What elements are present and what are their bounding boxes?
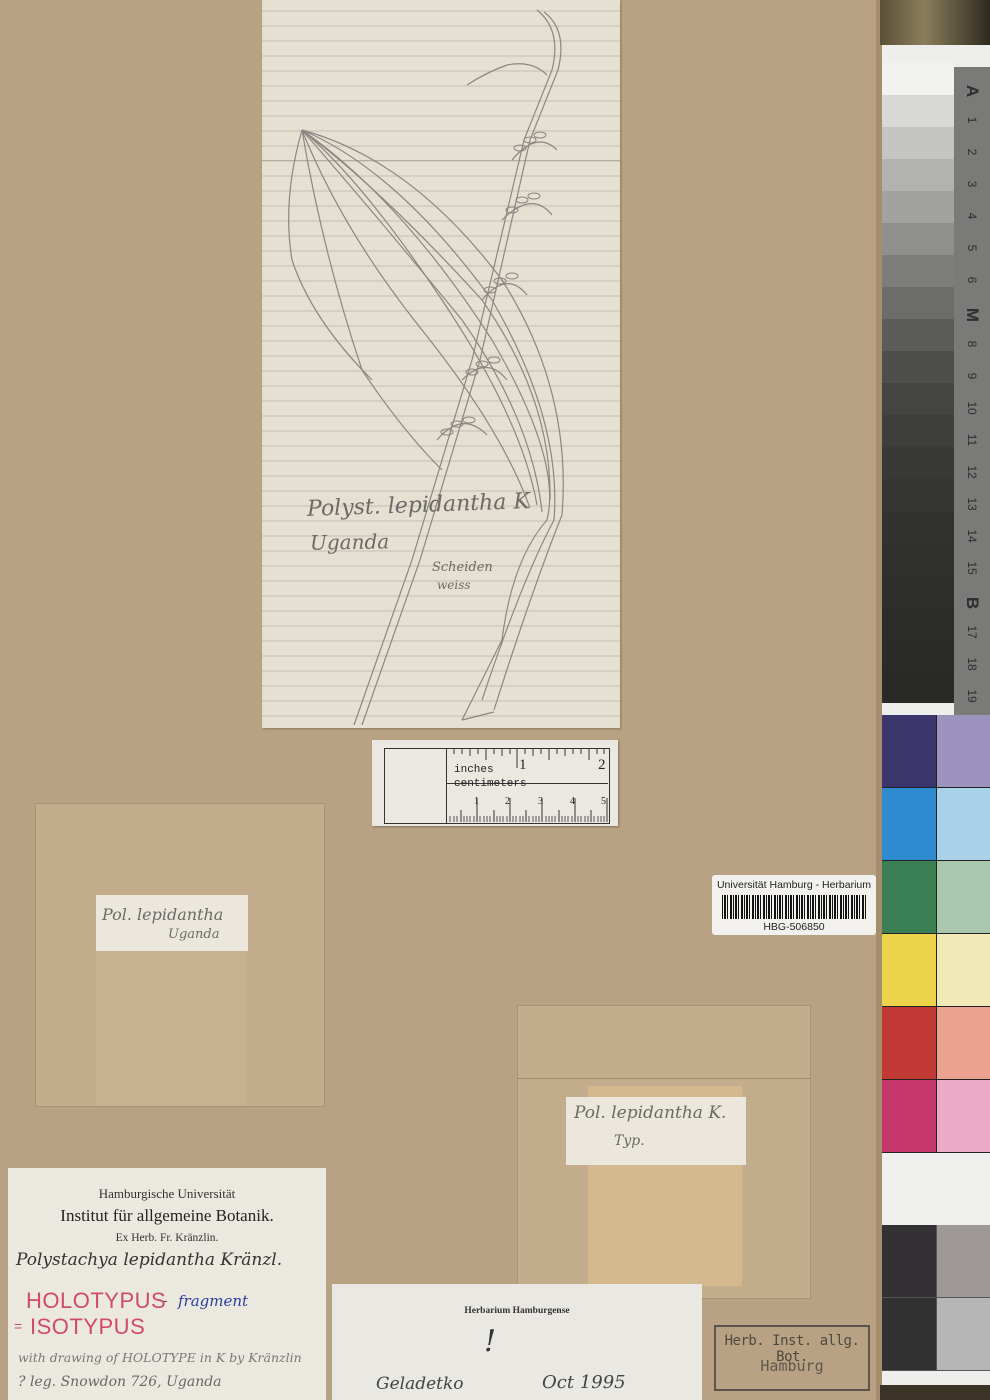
- det-slip-confirmation-mark: !: [484, 1324, 496, 1359]
- stamp-line-2: Hamburg: [716, 1357, 868, 1375]
- barcode-number: HBG-506850: [712, 921, 876, 933]
- envelope-label-taxon: Pol. lepidantha: [102, 905, 223, 924]
- gray-step: [882, 287, 954, 319]
- envelope-label-taxon: Pol. lepidantha K.: [574, 1103, 726, 1123]
- holotype-stamp: HOLOTYPUS: [26, 1288, 166, 1314]
- envelope-fold: [518, 1078, 810, 1079]
- plant-drawing-icon: [262, 0, 620, 728]
- gray-scale-label: 3: [965, 166, 979, 202]
- gray-scale-labels: A123456M89101112131415B171819: [954, 67, 990, 715]
- ruler-inch-tick: 1: [519, 757, 527, 774]
- background-bottom-right: [880, 1385, 990, 1400]
- gray-step: [882, 191, 954, 223]
- institution-stamp: Herb. Inst. allg. Bot. Hamburg: [714, 1325, 870, 1391]
- gray-step: [882, 479, 954, 511]
- drawing-annotation-locality: Uganda: [310, 529, 390, 554]
- barcode-icon: [722, 895, 867, 919]
- color-patch: [937, 861, 990, 933]
- det-slip-date: Oct 1995: [542, 1372, 626, 1393]
- color-patch: [882, 1298, 937, 1370]
- color-patch-row: [882, 1080, 990, 1153]
- det-slip-determiner: Geladetko: [376, 1374, 464, 1394]
- botanical-drawing: Polyst. lepidantha K Uganda Scheiden wei…: [262, 0, 620, 728]
- envelope-label: Pol. lepidantha Uganda: [96, 895, 248, 951]
- gray-step: [882, 383, 954, 415]
- gray-scale-label: 11: [965, 422, 979, 458]
- gray-step: [882, 511, 954, 543]
- gray-scale-label: 12: [965, 454, 979, 490]
- color-patch: [882, 715, 937, 787]
- ruler-cm-tick: 2: [505, 796, 510, 807]
- color-calibration-chart: A123456M89101112131415B171819: [882, 45, 990, 1385]
- color-patch-row: [882, 1007, 990, 1080]
- determination-slip: Herbarium Hamburgense ! Geladetko Oct 19…: [332, 1284, 702, 1400]
- gray-scale-label: 19: [965, 678, 979, 714]
- ruler-centimeters-label: centimeters: [454, 778, 527, 790]
- ruler-inches-label: inches: [454, 764, 494, 776]
- barcode-label: Universität Hamburg - Herbarium HBG-5068…: [712, 875, 876, 935]
- label-taxon-name: Polystachya lepidantha Kränzl.: [16, 1250, 282, 1270]
- color-patch: [882, 1225, 937, 1297]
- background-top-right: [880, 0, 990, 45]
- drawing-annotation-note-1: Scheiden: [432, 560, 493, 575]
- holotype-dash: -: [163, 1292, 168, 1308]
- specimen-envelope-right[interactable]: Pol. lepidantha K. Typ.: [518, 1006, 810, 1298]
- color-patch-row: [882, 715, 990, 788]
- gray-scale-label: 13: [965, 486, 979, 522]
- gray-step: [882, 127, 954, 159]
- color-patch: [937, 715, 990, 787]
- color-patch-row: [882, 934, 990, 1007]
- ruler-cm-tick: 3: [538, 796, 543, 807]
- envelope-flap: [96, 951, 246, 1106]
- envelope-label-locality: Uganda: [168, 927, 219, 942]
- color-patch: [937, 1298, 990, 1370]
- gray-scale-label: 10: [965, 390, 979, 426]
- ruler-cm-tick: 5: [601, 796, 606, 807]
- color-patch: [882, 861, 937, 933]
- gray-scale-label: 15: [965, 550, 979, 586]
- barcode-label-title: Universität Hamburg - Herbarium: [712, 879, 876, 891]
- color-patch-row: [882, 788, 990, 861]
- gray-scale-label: 4: [965, 198, 979, 234]
- color-patch: [882, 1080, 937, 1152]
- gray-step: [882, 63, 954, 95]
- color-patch: [882, 1007, 937, 1079]
- gray-step: [882, 671, 954, 703]
- gray-scale-label: 18: [965, 646, 979, 682]
- ruler-cm-tick: 4: [570, 796, 575, 807]
- gray-step: [882, 95, 954, 127]
- gray-scale-label: 6: [965, 262, 979, 298]
- color-patches: [882, 715, 990, 1371]
- ruler-inch-tick: 2: [598, 757, 606, 774]
- scale-ruler: inches centimeters 1 2 1 2 3 4 5: [372, 740, 618, 826]
- color-patch-row: [882, 1225, 990, 1298]
- gray-step: [882, 575, 954, 607]
- gray-scale-label: 1: [965, 102, 979, 138]
- specimen-envelope-left[interactable]: Pol. lepidantha Uganda: [36, 804, 324, 1106]
- label-note-collector: ? leg. Snowdon 726, Uganda: [18, 1374, 222, 1390]
- color-patch-row: [882, 1298, 990, 1371]
- envelope-label-type: Typ.: [614, 1133, 645, 1149]
- gray-step: [882, 255, 954, 287]
- gray-scale-label: 2: [965, 134, 979, 170]
- color-patch: [937, 934, 990, 1006]
- drawing-annotation-note-2: weiss: [437, 578, 471, 592]
- isotype-equals: =: [14, 1318, 22, 1334]
- gray-scale-label: 9: [965, 358, 979, 394]
- det-slip-header: Herbarium Hamburgense: [332, 1306, 702, 1316]
- gray-scale-label: 14: [965, 518, 979, 554]
- color-patch: [937, 1080, 990, 1152]
- color-patch: [882, 788, 937, 860]
- gray-scale-label: 17: [965, 614, 979, 650]
- color-patch: [937, 1225, 990, 1297]
- color-patch-row: [882, 861, 990, 934]
- color-patch: [937, 1007, 990, 1079]
- envelope-label: Pol. lepidantha K. Typ.: [566, 1097, 746, 1165]
- gray-step: [882, 223, 954, 255]
- holotype-fragment-note: fragment: [178, 1292, 248, 1310]
- gray-scale-steps: [882, 63, 954, 703]
- isotype-stamp: ISOTYPUS: [30, 1314, 145, 1340]
- gray-scale-label: 8: [965, 326, 979, 362]
- color-patch: [882, 934, 937, 1006]
- label-source: Ex Herb. Fr. Kränzlin.: [8, 1232, 326, 1244]
- gray-step: [882, 543, 954, 575]
- label-university: Hamburgische Universität: [8, 1186, 326, 1202]
- gray-step: [882, 447, 954, 479]
- gray-step: [882, 159, 954, 191]
- gray-step: [882, 415, 954, 447]
- label-institute: Institut für allgemeine Botanik.: [8, 1206, 326, 1226]
- gray-scale-label: 5: [965, 230, 979, 266]
- herbarium-label: Hamburgische Universität Institut für al…: [8, 1168, 326, 1400]
- gray-step: [882, 607, 954, 639]
- gray-step: [882, 351, 954, 383]
- white-patch: [882, 1153, 990, 1225]
- gray-step: [882, 319, 954, 351]
- ruler-cm-tick: 1: [474, 796, 479, 807]
- gray-step: [882, 639, 954, 671]
- color-patch: [937, 788, 990, 860]
- label-note-drawing: with drawing of HOLOTYPE in K by Kränzli…: [18, 1350, 302, 1365]
